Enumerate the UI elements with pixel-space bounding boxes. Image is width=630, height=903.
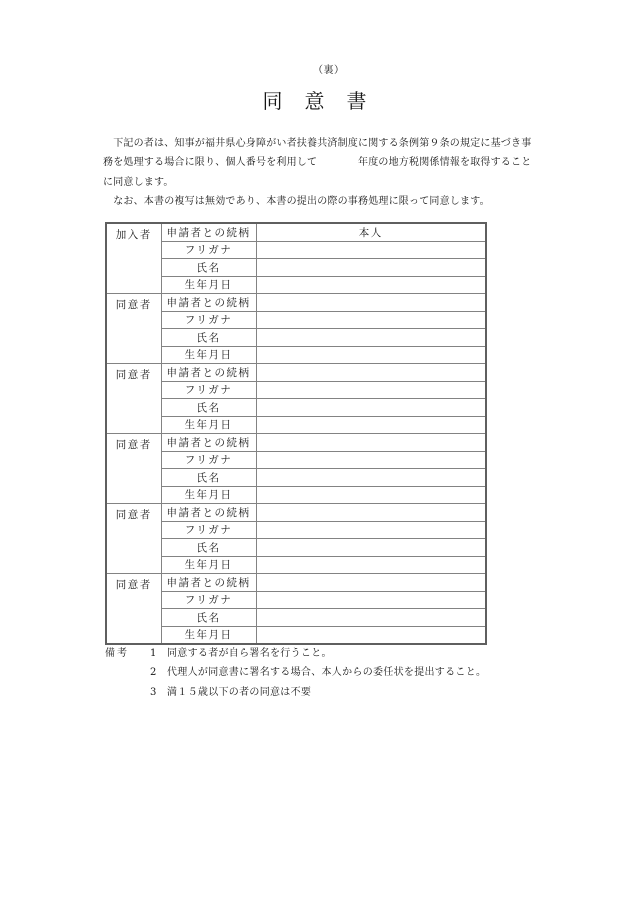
field-value-cell [256, 486, 486, 504]
remark-item: 1 同意する者が自ら署名を行うこと。 [150, 644, 486, 663]
field-label-cell: 生年月日 [161, 276, 256, 294]
consent-form-page: （裏） 同 意 書 下記の者は、知事が福井県心身障がい者扶養共済制度に関する条例… [0, 0, 630, 903]
table-row: 同意者 申請者との続柄 [106, 434, 486, 452]
role-cell: 同意者 [106, 504, 161, 574]
field-value-cell [256, 539, 486, 557]
remark-number: 2 [150, 663, 167, 682]
field-label-cell: 申請者との続柄 [161, 364, 256, 382]
consent-table: 加入者 申請者との続柄 本人 フリガナ 氏名 生年月日 同意者 申請者との続柄 [105, 222, 487, 645]
field-value-cell [256, 346, 486, 364]
page-side-label: （裏） [313, 61, 345, 76]
field-label-cell: 生年月日 [161, 626, 256, 644]
field-label-cell: 氏名 [161, 329, 256, 347]
table-row: 生年月日 [106, 626, 486, 644]
table-row: 氏名 [106, 329, 486, 347]
table-row: フリガナ [106, 311, 486, 329]
intro-line: なお、本書の複写は無効であり、本書の提出の際の事務処理に限って同意します。 [103, 192, 531, 211]
table-row: 生年月日 [106, 346, 486, 364]
field-label-cell: 申請者との続柄 [161, 574, 256, 592]
intro-line: に同意します。 [103, 173, 531, 192]
field-value-cell [256, 276, 486, 294]
table-row: フリガナ [106, 521, 486, 539]
field-label-cell: フリガナ [161, 521, 256, 539]
field-value-cell [256, 259, 486, 277]
document-title: 同 意 書 [0, 85, 630, 114]
field-value-cell [256, 399, 486, 417]
field-value-cell [256, 294, 486, 312]
field-value-cell [256, 241, 486, 259]
field-value-cell [256, 609, 486, 627]
table-row: 氏名 [106, 469, 486, 487]
field-value-cell [256, 416, 486, 434]
table-row: フリガナ [106, 381, 486, 399]
table-row: 加入者 申請者との続柄 本人 [106, 223, 486, 241]
table-row: 氏名 [106, 539, 486, 557]
table-row: 同意者 申請者との続柄 [106, 574, 486, 592]
field-value-cell [256, 311, 486, 329]
field-label-cell: 生年月日 [161, 556, 256, 574]
role-cell: 同意者 [106, 364, 161, 434]
field-label-cell: 氏名 [161, 259, 256, 277]
field-label-cell: フリガナ [161, 591, 256, 609]
field-label-cell: フリガナ [161, 311, 256, 329]
table-row: フリガナ [106, 241, 486, 259]
remarks-section: 備考 1 同意する者が自ら署名を行うこと。 2 代理人が同意書に署名する場合、本… [105, 644, 486, 702]
field-value-cell [256, 574, 486, 592]
field-value-cell [256, 381, 486, 399]
remarks-label: 備考 [105, 644, 150, 702]
field-value-cell [256, 434, 486, 452]
field-label-cell: 生年月日 [161, 346, 256, 364]
table-row: フリガナ [106, 591, 486, 609]
field-label-cell: 申請者との続柄 [161, 294, 256, 312]
remark-item: 2 代理人が同意書に署名する場合、本人からの委任状を提出すること。 [150, 663, 486, 682]
table-row: 生年月日 [106, 276, 486, 294]
field-label-cell: 申請者との続柄 [161, 504, 256, 522]
field-value-cell [256, 364, 486, 382]
table-row: 氏名 [106, 399, 486, 417]
table-row: 氏名 [106, 259, 486, 277]
role-cell: 同意者 [106, 434, 161, 504]
remarks-items: 1 同意する者が自ら署名を行うこと。 2 代理人が同意書に署名する場合、本人から… [150, 644, 486, 702]
field-label-cell: 申請者との続柄 [161, 434, 256, 452]
field-label-cell: 生年月日 [161, 416, 256, 434]
field-label-cell: 氏名 [161, 469, 256, 487]
remark-number: 3 [150, 683, 167, 702]
role-cell: 同意者 [106, 574, 161, 645]
field-value-cell: 本人 [256, 223, 486, 241]
field-value-cell [256, 469, 486, 487]
table-row: フリガナ [106, 451, 486, 469]
intro-paragraph: 下記の者は、知事が福井県心身障がい者扶養共済制度に関する条例第９条の規定に基づき… [103, 134, 531, 211]
remark-text: 満１５歳以下の者の同意は不要 [167, 683, 311, 702]
field-label-cell: 申請者との続柄 [161, 223, 256, 241]
intro-line: 下記の者は、知事が福井県心身障がい者扶養共済制度に関する条例第９条の規定に基づき… [103, 134, 531, 153]
table-row: 同意者 申請者との続柄 [106, 294, 486, 312]
table-row: 氏名 [106, 609, 486, 627]
remark-number: 1 [150, 644, 167, 663]
field-value-cell [256, 504, 486, 522]
field-value-cell [256, 521, 486, 539]
field-label-cell: 氏名 [161, 539, 256, 557]
remark-text: 代理人が同意書に署名する場合、本人からの委任状を提出すること。 [167, 663, 486, 682]
remark-text: 同意する者が自ら署名を行うこと。 [167, 644, 332, 663]
field-value-cell [256, 329, 486, 347]
field-value-cell [256, 626, 486, 644]
field-value-cell [256, 556, 486, 574]
field-label-cell: フリガナ [161, 381, 256, 399]
role-cell: 加入者 [106, 223, 161, 294]
field-label-cell: フリガナ [161, 241, 256, 259]
field-label-cell: 氏名 [161, 609, 256, 627]
table-row: 同意者 申請者との続柄 [106, 504, 486, 522]
field-label-cell: 氏名 [161, 399, 256, 417]
field-value-cell [256, 591, 486, 609]
field-value-cell [256, 451, 486, 469]
table-row: 生年月日 [106, 416, 486, 434]
field-label-cell: 生年月日 [161, 486, 256, 504]
field-label-cell: フリガナ [161, 451, 256, 469]
role-cell: 同意者 [106, 294, 161, 364]
table-row: 生年月日 [106, 556, 486, 574]
remark-item: 3 満１５歳以下の者の同意は不要 [150, 683, 486, 702]
table-row: 生年月日 [106, 486, 486, 504]
intro-line: 務を処理する場合に限り、個人番号を利用して 年度の地方税関係情報を取得すること [103, 153, 531, 172]
table-row: 同意者 申請者との続柄 [106, 364, 486, 382]
